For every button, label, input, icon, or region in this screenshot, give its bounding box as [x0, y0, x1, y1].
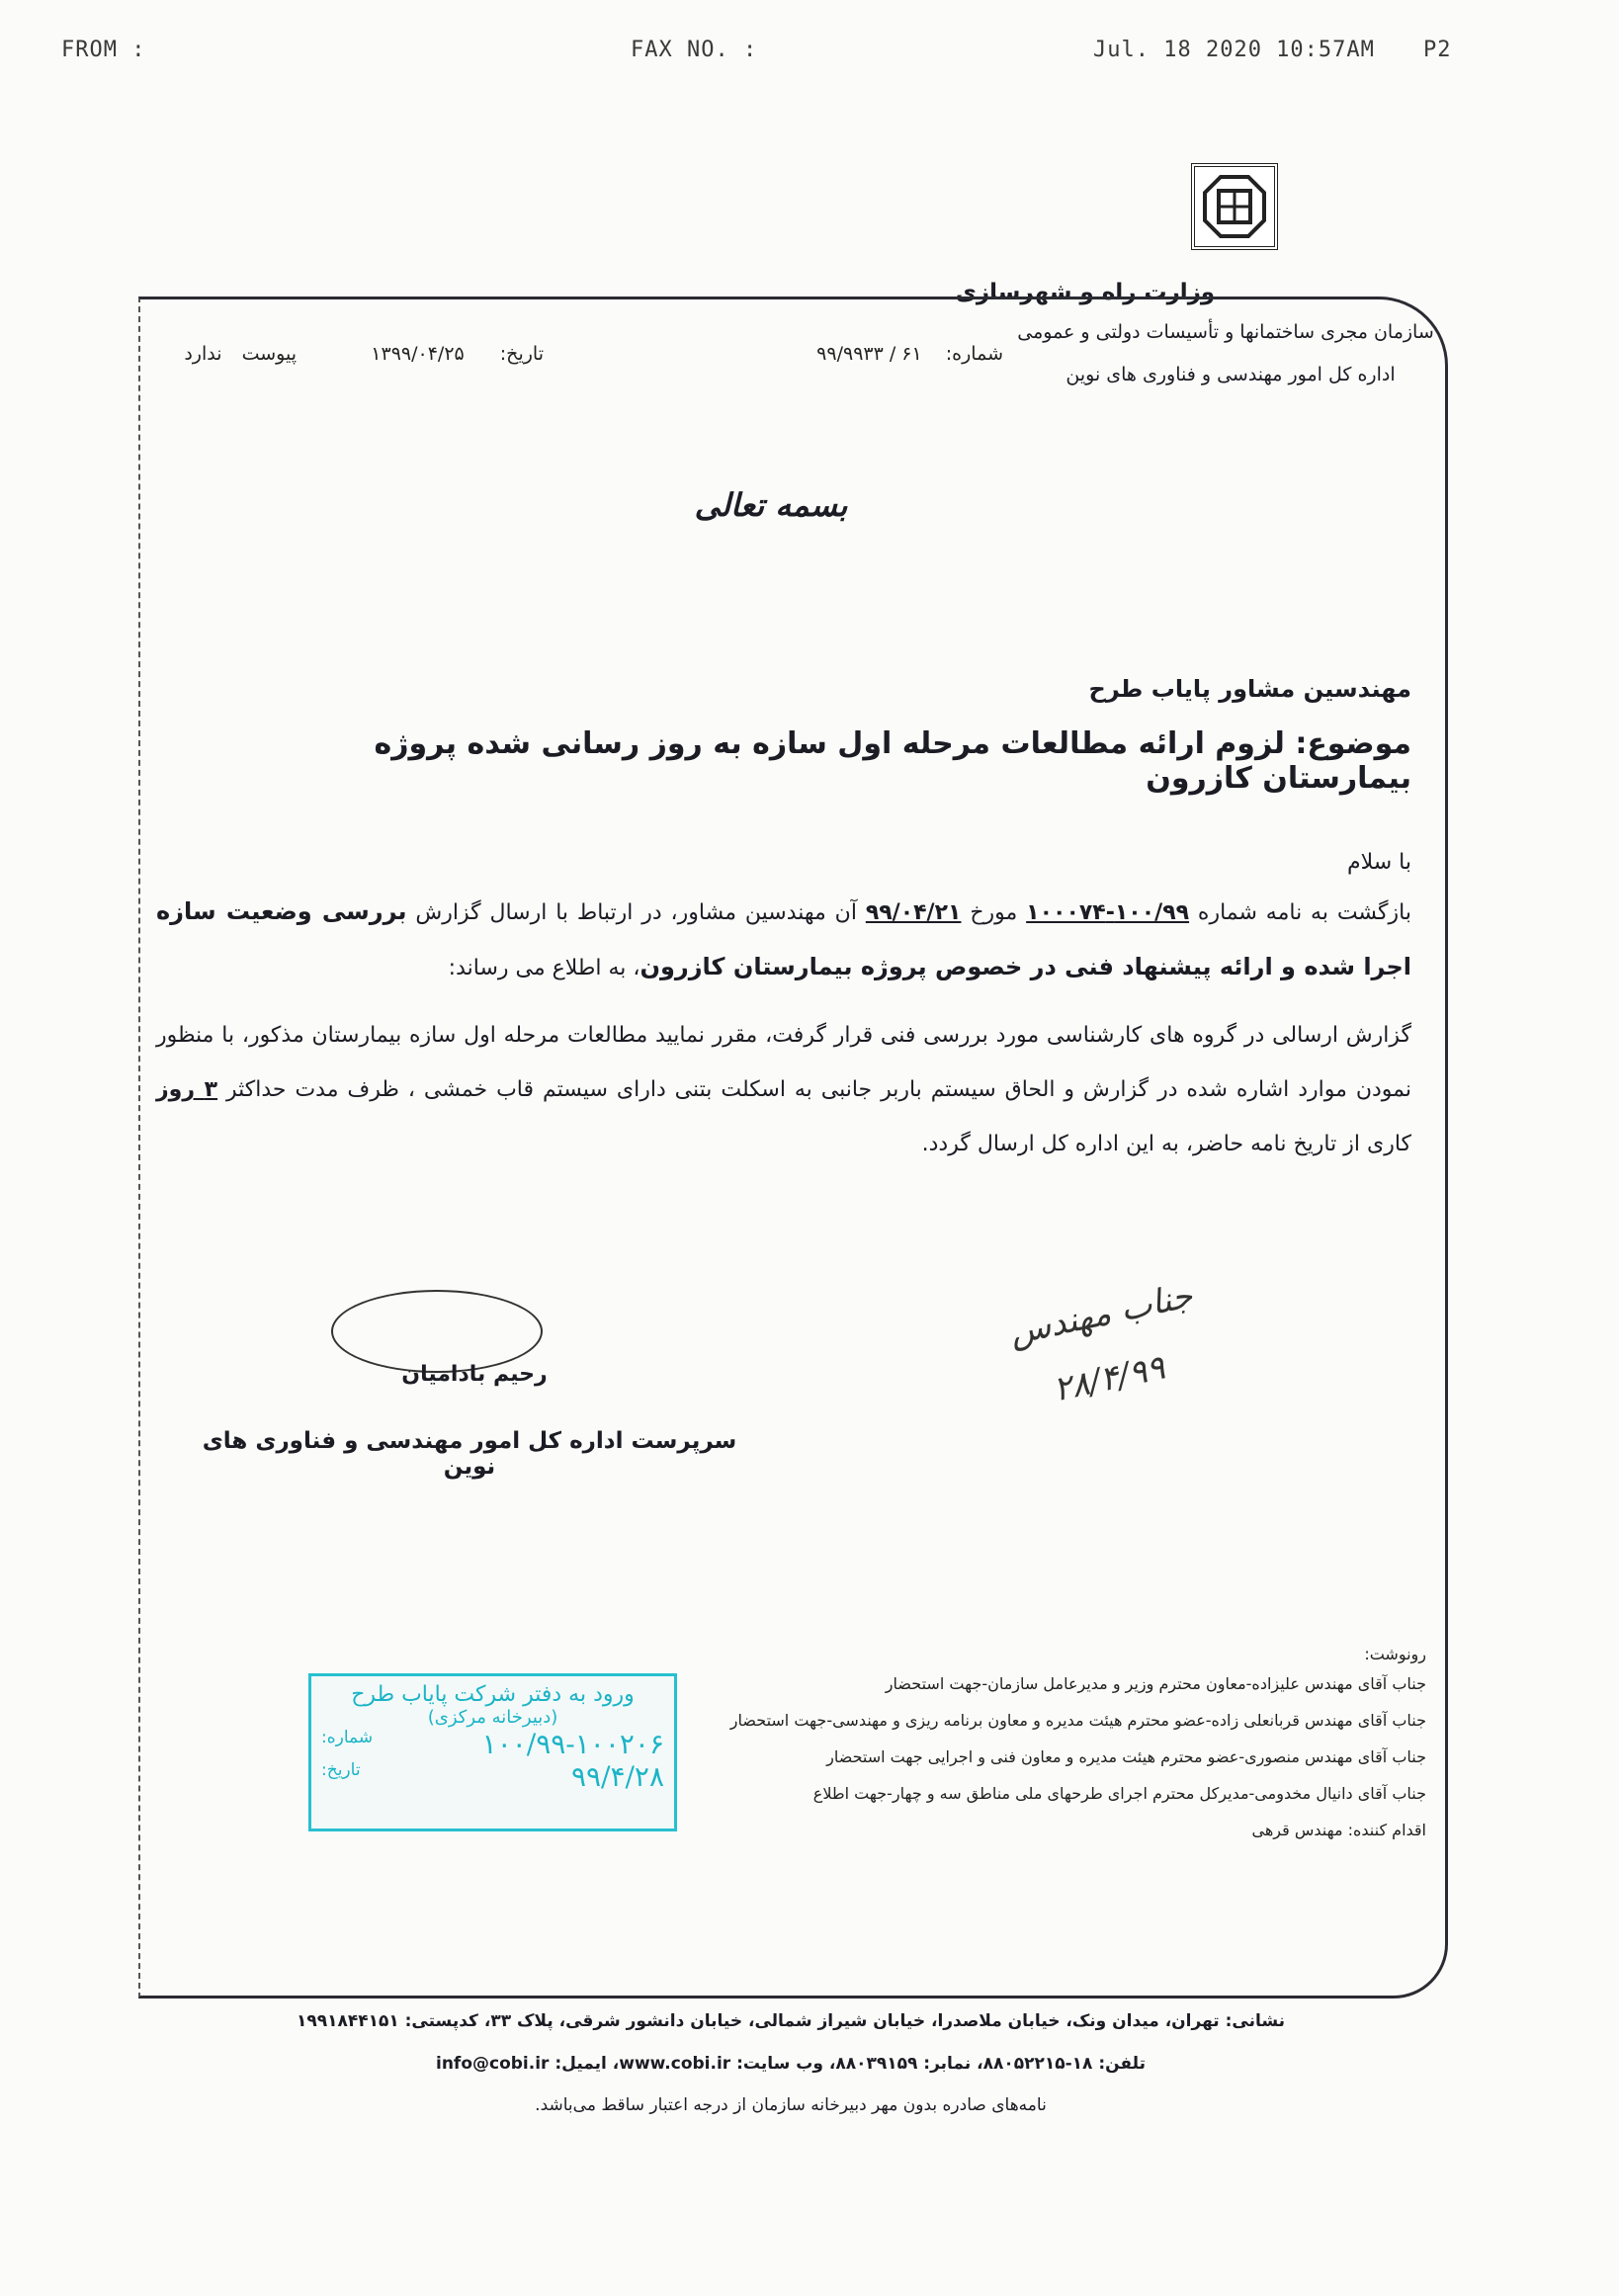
- body-text: ، به اطلاع می رساند:: [449, 956, 640, 980]
- fax-from: FROM :: [61, 38, 145, 62]
- attachment-value: ندارد: [184, 343, 221, 365]
- stamp-date-value: ۹۹/۴/۲۸: [571, 1760, 664, 1793]
- stamp-number-label: شماره:: [321, 1728, 373, 1760]
- greeting: با سلام: [1115, 835, 1411, 890]
- attachment-label: پیوست: [242, 343, 297, 365]
- cc-list: جناب آقای مهندس علیزاده-معاون محترم وزیر…: [636, 1665, 1426, 1848]
- footer-address: نشانی: تهران، میدان ونک، خیابان ملاصدرا،…: [247, 2011, 1334, 2031]
- body-text: مورخ: [961, 900, 1026, 925]
- fax-number: FAX NO. :: [631, 38, 757, 62]
- cc-item: جناب آقای مهندس قربانعلی زاده-عضو محترم …: [636, 1702, 1426, 1739]
- signature-scribble: [331, 1290, 543, 1373]
- deadline-days: ۳ روز: [156, 1077, 217, 1102]
- received-stamp: ورود به دفتر شرکت پایاب طرح (دبیرخانه مر…: [308, 1673, 677, 1831]
- letter-date: تاریخ: ۱۳۹۹/۰۴/۲۵: [336, 343, 544, 365]
- stamp-title: ورود به دفتر شرکت پایاب طرح: [311, 1682, 674, 1707]
- fax-timestamp: Jul. 18 2020 10:57AM: [1093, 38, 1375, 62]
- ministry-emblem-icon: [1191, 163, 1278, 250]
- signatory-title: سرپرست اداره کل امور مهندسی و فناوری های…: [188, 1428, 751, 1480]
- footer-notice: نامه‌های صادره بدون مهر دبیرخانه سازمان …: [247, 2095, 1334, 2115]
- stamp-subtitle: (دبیرخانه مرکزی): [311, 1707, 674, 1728]
- body-text: آن مهندسین مشاور، در ارتباط با ارسال گزا…: [407, 900, 866, 925]
- stamp-number-row: شماره: ۱۰۰/۹۹-۱۰۰۲۰۶: [311, 1728, 674, 1760]
- body-text: کاری از تاریخ نامه حاضر، به این اداره کل…: [922, 1132, 1411, 1156]
- reference-number: ۱۰۰/۹۹-۱۰۰۰۷۴: [1026, 900, 1189, 925]
- body-paragraph-2: گزارش ارسالی در گروه های کارشناسی مورد ب…: [156, 1008, 1411, 1171]
- letter-date-label: تاریخ:: [500, 343, 544, 365]
- recipient: مهندسین مشاور پایاب طرح: [720, 675, 1411, 703]
- cc-item: جناب آقای دانیال مخدومی-مدیرکل محترم اجر…: [636, 1775, 1426, 1812]
- cc-action-by: اقدام کننده: مهندس قرهی: [636, 1812, 1426, 1848]
- letter-number: شماره: ۶۱ / ۹۹/۹۹۳۳: [672, 343, 1003, 365]
- body-text: بازگشت به نامه شماره: [1189, 900, 1411, 925]
- bismillah-heading: بسمه تعالی: [692, 486, 850, 524]
- letter-date-value: ۱۳۹۹/۰۴/۲۵: [371, 343, 464, 365]
- letter-number-value: ۶۱ / ۹۹/۹۹۳۳: [816, 343, 922, 365]
- stamp-date-row: تاریخ: ۹۹/۴/۲۸: [311, 1760, 674, 1793]
- body-text: گزارش ارسالی در گروه های کارشناسی مورد ب…: [156, 1023, 1411, 1102]
- stamp-date-label: تاریخ:: [321, 1760, 361, 1793]
- stamp-number-value: ۱۰۰/۹۹-۱۰۰۲۰۶: [482, 1728, 664, 1760]
- body-paragraph-1: بازگشت به نامه شماره ۱۰۰/۹۹-۱۰۰۰۷۴ مورخ …: [156, 885, 1411, 995]
- fax-page: P2: [1423, 38, 1452, 62]
- letter-attachment: پیوست ندارد: [138, 343, 297, 365]
- footer-contact: تلفن: ۱۸-۸۸۰۵۲۲۱۵، نمابر: ۸۸۰۳۹۱۵۹، وب س…: [247, 2054, 1334, 2074]
- signatory-name: رحیم بادامیان: [385, 1362, 563, 1387]
- letter-number-label: شماره:: [946, 343, 1003, 365]
- cc-item: جناب آقای مهندس علیزاده-معاون محترم وزیر…: [636, 1665, 1426, 1702]
- subject-line: موضوع: لزوم ارائه مطالعات مرحله اول سازه…: [324, 726, 1411, 796]
- reference-date: ۹۹/۰۴/۲۱: [866, 900, 962, 925]
- cc-item: جناب آقای مهندس منصوری-عضو محترم هیئت مد…: [636, 1739, 1426, 1775]
